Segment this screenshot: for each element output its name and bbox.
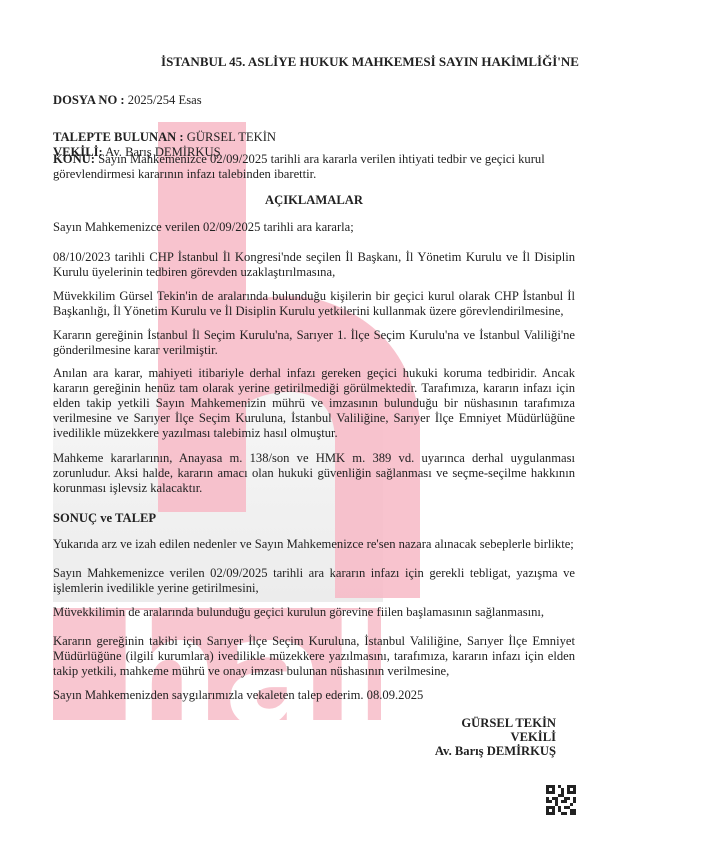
- signature-role: VEKİLİ: [511, 730, 557, 745]
- conclusion-paragraph: Müvekkilimin de aralarında bulunduğu geç…: [53, 605, 575, 620]
- file-number: DOSYA NO : 2025/254 Esas: [53, 93, 575, 108]
- explanations-heading: AÇIKLAMALAR: [53, 193, 575, 208]
- subject-paragraph: KONU: Sayın Mahkemenizce 02/09/2025 tari…: [53, 152, 563, 182]
- file-no-value: 2025/254 Esas: [128, 93, 202, 107]
- conclusion-heading: SONUÇ ve TALEP: [53, 511, 575, 526]
- conclusion-paragraph: Yukarıda arz ve izah edilen nedenler ve …: [53, 537, 575, 552]
- requester-value: GÜRSEL TEKİN: [187, 130, 276, 144]
- requester-label: TALEPTE BULUNAN :: [53, 130, 184, 144]
- file-no-label: DOSYA NO :: [53, 93, 125, 107]
- conclusion-paragraph: Kararın gereğinin takibi için Sarıyer İl…: [53, 634, 575, 679]
- explanation-paragraph: 08/10/2023 tarihli CHP İstanbul İl Kongr…: [53, 250, 575, 280]
- explanation-paragraph: Kararın gereğinin İstanbul İl Seçim Kuru…: [53, 328, 575, 358]
- signature-attorney: Av. Barış DEMİRKUŞ: [435, 744, 556, 759]
- requester: TALEPTE BULUNAN : GÜRSEL TEKİN: [53, 130, 575, 145]
- qr-code-icon: [546, 785, 576, 815]
- subject-label: KONU:: [53, 152, 95, 166]
- explanation-paragraph: Sayın Mahkemenizce verilen 02/09/2025 ta…: [53, 220, 575, 235]
- subject-value: Sayın Mahkemenizce 02/09/2025 tarihli ar…: [53, 152, 545, 181]
- conclusion-paragraph: Sayın Mahkemenizden saygılarımızla vekal…: [53, 688, 575, 703]
- signature-name: GÜRSEL TEKİN: [461, 716, 556, 731]
- explanation-paragraph: Mahkeme kararlarının, Anayasa m. 138/son…: [53, 451, 575, 496]
- court-heading: İSTANBUL 45. ASLİYE HUKUK MAHKEMESİ SAYI…: [0, 54, 702, 69]
- conclusion-paragraph: Sayın Mahkemenizce verilen 02/09/2025 ta…: [53, 566, 575, 596]
- explanation-paragraph: Anılan ara karar, mahiyeti itibariyle de…: [53, 366, 575, 441]
- explanation-paragraph: Müvekkilim Gürsel Tekin'in de aralarında…: [53, 289, 575, 319]
